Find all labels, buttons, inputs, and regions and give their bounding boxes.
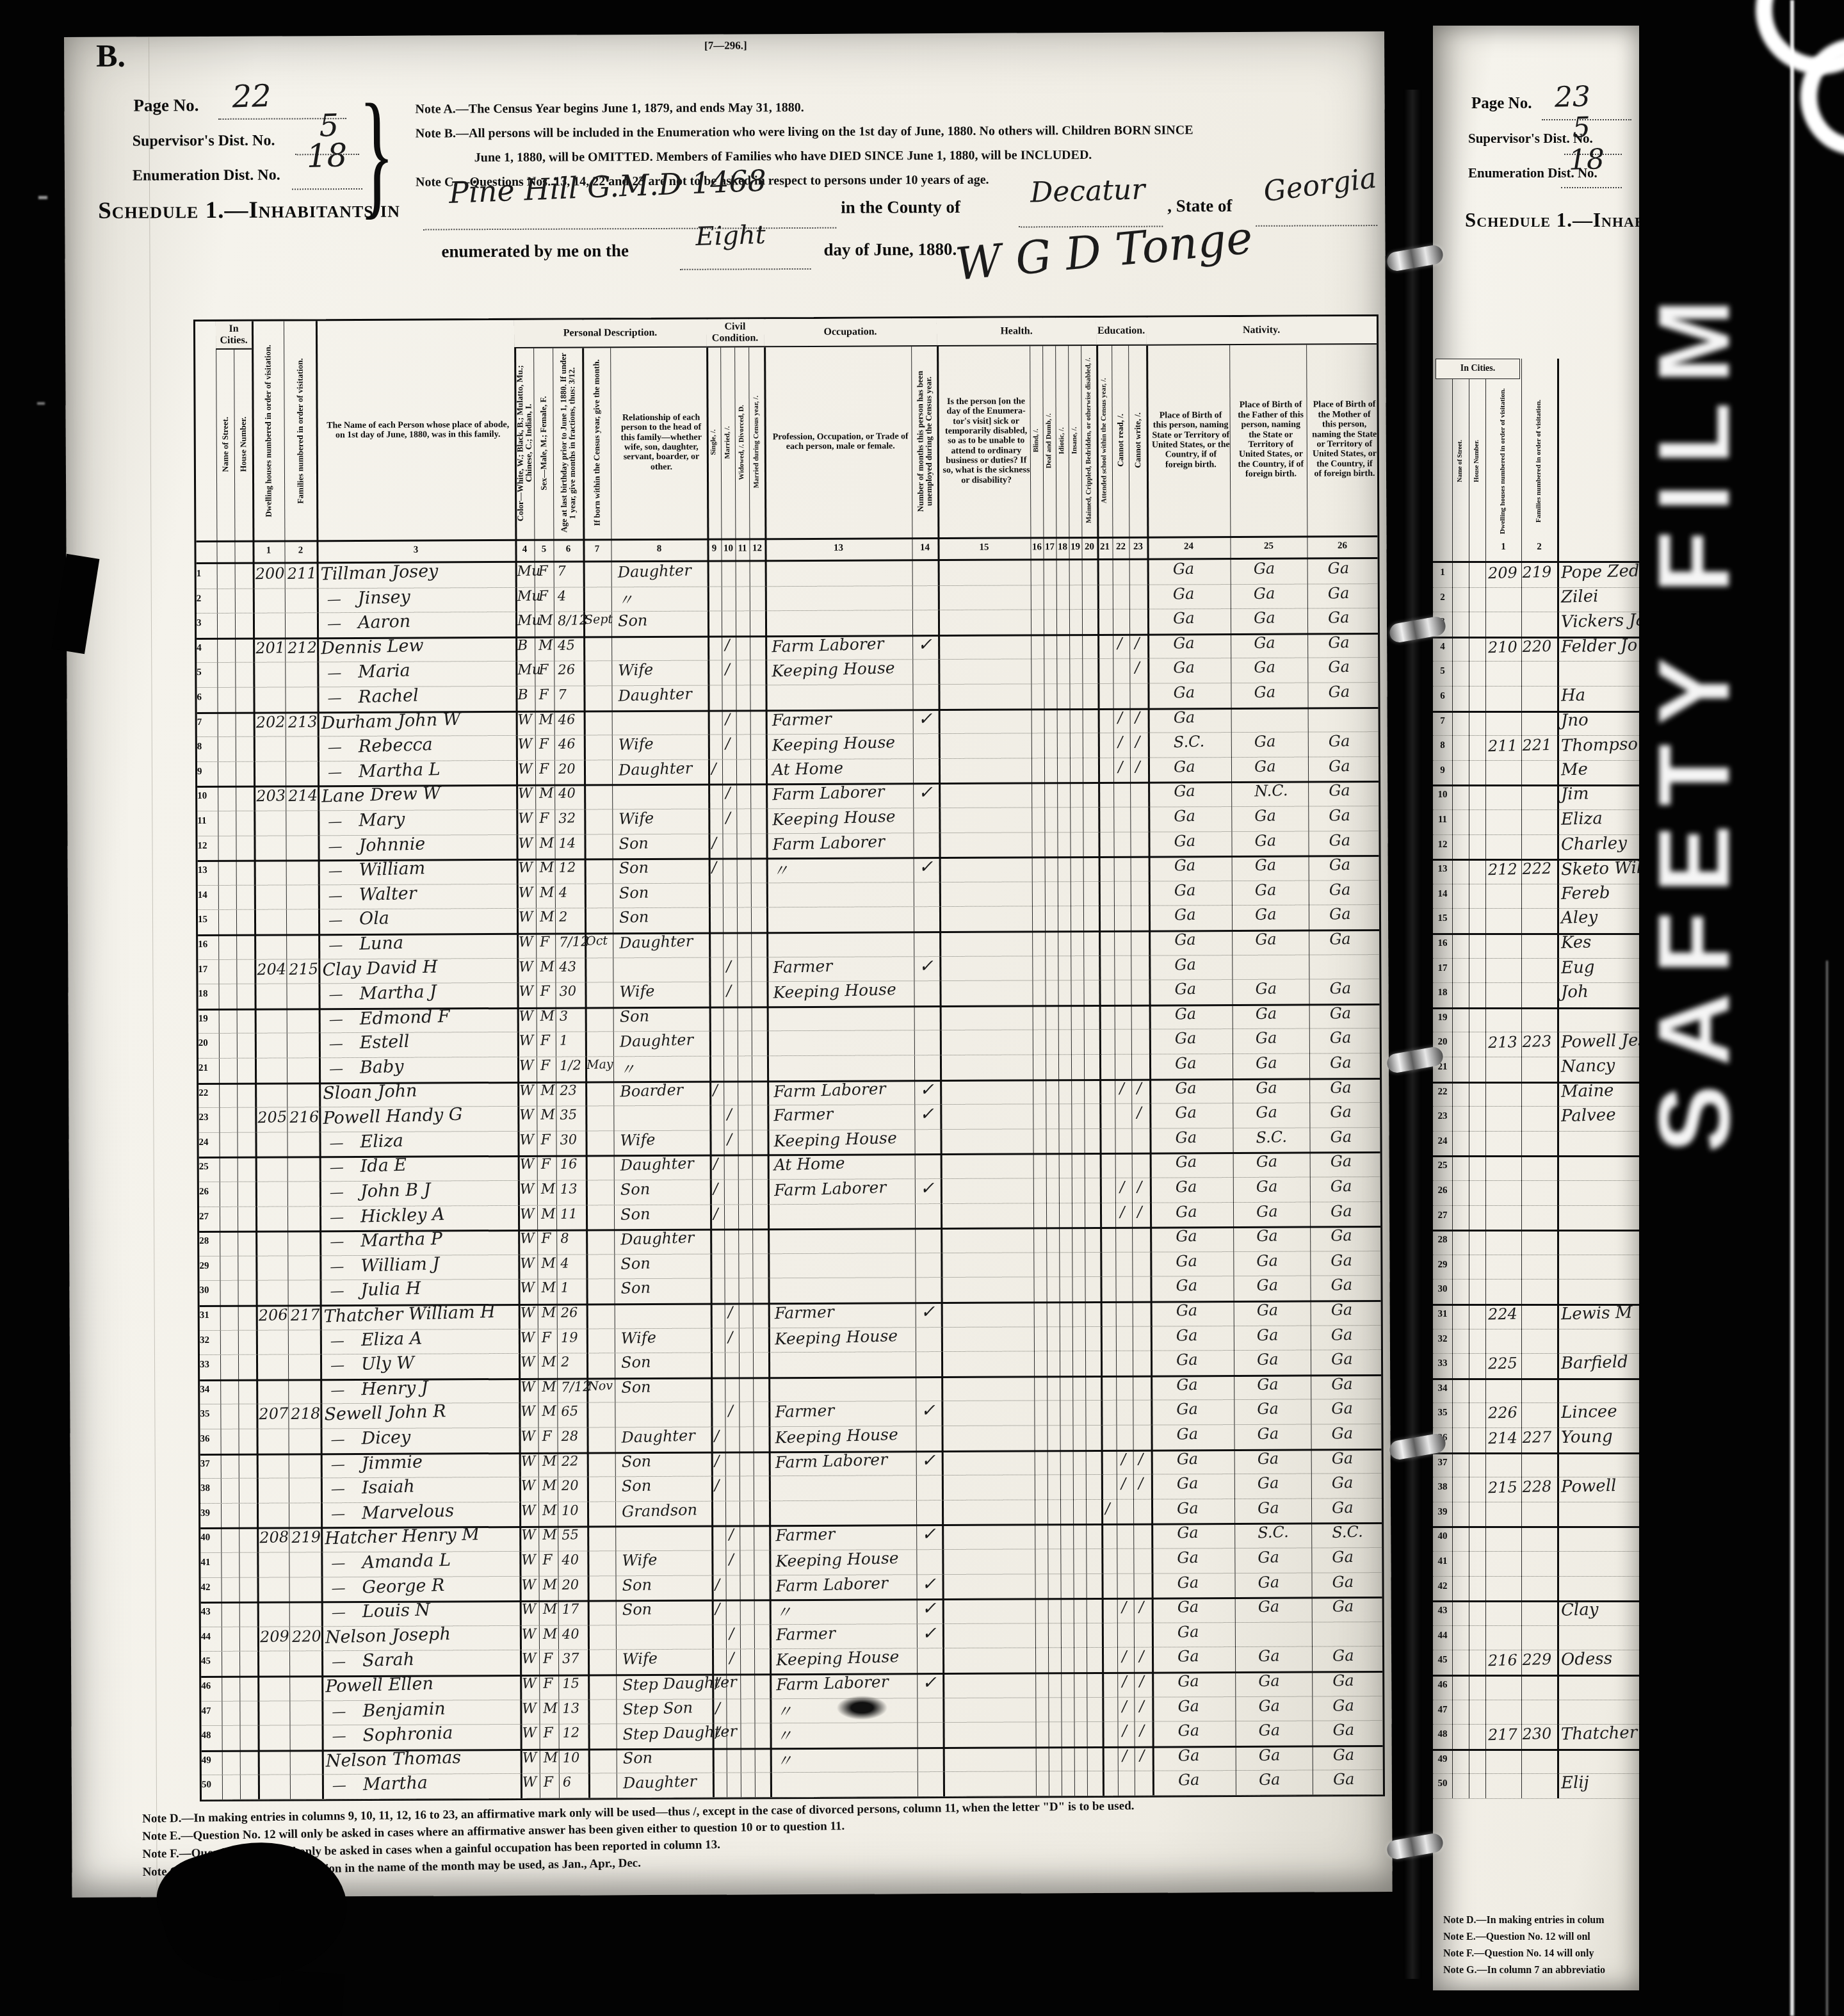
right-row-line	[1433, 784, 1639, 786]
right-row-line	[1433, 1230, 1639, 1232]
right-footnote-e: Note E.—Question No. 12 will onl	[1443, 1931, 1590, 1943]
mother-birthplace-value: Ga	[1330, 1251, 1352, 1270]
relationship-value: Son	[621, 1353, 651, 1372]
age-value: 7	[557, 563, 566, 578]
relationship-value: Wife	[618, 735, 654, 754]
age-value: 1/2	[560, 1057, 581, 1073]
right-name-fragment: Jim	[1561, 784, 1589, 804]
sex-value: M	[542, 1453, 556, 1470]
age-value: 13	[560, 1181, 578, 1197]
father-birthplace-value: Ga	[1255, 980, 1277, 998]
married-mark: /	[729, 1551, 734, 1568]
birthplace-value: Ga	[1177, 1721, 1199, 1740]
sex-value: M	[540, 1082, 555, 1099]
mother-birthplace-value: Ga	[1332, 1696, 1354, 1714]
cannot-read-mark: /	[1122, 1673, 1127, 1690]
line-number: 33	[200, 1360, 209, 1370]
father-birthplace-value: Ga	[1253, 559, 1275, 578]
dwelling-number: 205	[257, 1108, 287, 1126]
person-name: Uly W	[361, 1353, 415, 1374]
age-value: 28	[561, 1428, 578, 1444]
color-value: W	[519, 1008, 533, 1025]
right-row-line	[1433, 1502, 1639, 1502]
father-birthplace-value: Ga	[1258, 1771, 1280, 1789]
right-name-fragment: Aley	[1561, 908, 1598, 928]
col-label-c10: Married, /.	[720, 350, 735, 534]
mother-birthplace-value: Ga	[1329, 757, 1350, 776]
column-line	[216, 321, 223, 1800]
person-name: Tillman Josey	[320, 561, 439, 584]
single-mark: /	[715, 1601, 720, 1618]
age-value: 3	[559, 1008, 568, 1023]
sex-value: M	[540, 909, 554, 926]
color-value: W	[519, 959, 533, 975]
relationship-value: 〃	[620, 1057, 636, 1080]
age-value: 17	[562, 1601, 579, 1617]
single-mark: /	[713, 1082, 718, 1098]
birthplace-value: Ga	[1177, 1746, 1199, 1765]
occupation-value: Farm Laborer	[775, 1573, 888, 1595]
age-value: 20	[562, 1477, 579, 1493]
person-name: Dicey	[361, 1427, 411, 1449]
mother-birthplace-value: Ga	[1332, 1499, 1354, 1517]
relationship-value: Wife	[619, 982, 655, 1002]
line-number: 39	[200, 1508, 210, 1519]
ditto-dash: —	[330, 1333, 345, 1349]
line-number: 21	[198, 1063, 208, 1074]
family-number: 220	[292, 1627, 322, 1646]
father-birthplace-value: Ga	[1256, 1202, 1278, 1221]
age-value: 55	[562, 1527, 579, 1543]
color-value: Mu	[517, 613, 541, 630]
ditto-dash: —	[328, 888, 343, 905]
mother-birthplace-value: Ga	[1329, 930, 1351, 948]
married-mark: /	[727, 1304, 732, 1321]
ditto-dash: —	[331, 1556, 346, 1572]
birthplace-value: Ga	[1175, 1178, 1197, 1196]
sex-value: F	[540, 1157, 551, 1173]
sex-value: F	[542, 1329, 552, 1345]
sex-value: M	[538, 711, 553, 728]
right-row-line	[1433, 587, 1639, 588]
film-speck-2	[37, 402, 45, 405]
occupation-value: Farmer	[772, 709, 832, 729]
county-value: Decatur	[1030, 173, 1145, 209]
age-value: 4	[560, 1255, 569, 1271]
line-number: 17	[198, 964, 207, 975]
right-dwelling-family: 216 229	[1488, 1650, 1552, 1670]
relationship-value: Wife	[619, 809, 654, 828]
line-number: 49	[202, 1755, 211, 1766]
line-number: 35	[200, 1409, 209, 1420]
father-birthplace-value: Ga	[1254, 806, 1276, 825]
col-label-c24: Place of Birth of this person, naming St…	[1149, 344, 1233, 537]
person-name: Estell	[359, 1032, 410, 1053]
cannot-write-mark: /	[1139, 1723, 1144, 1739]
age-value: 30	[559, 983, 576, 999]
sex-value: F	[540, 1058, 551, 1074]
sex-value: M	[543, 1700, 558, 1717]
person-name: Powell Handy G	[323, 1105, 463, 1128]
color-value: W	[519, 1033, 533, 1050]
right-line-number: 35	[1433, 1408, 1452, 1419]
ditto-dash: —	[331, 1481, 346, 1498]
married-mark: /	[727, 1329, 732, 1345]
place-value: Pine Hill G.M.D 1468	[448, 163, 767, 210]
occupation-check: ✓	[919, 955, 934, 976]
relationship-value: Wife	[622, 1650, 658, 1669]
color-value: W	[520, 1305, 535, 1322]
birth-month-value: Oct	[586, 934, 608, 948]
father-birthplace-value: Ga	[1257, 1449, 1279, 1468]
line-number: 42	[201, 1582, 211, 1593]
right-line-number: 44	[1433, 1630, 1452, 1641]
person-name: Mary	[359, 809, 405, 831]
right-line-number: 37	[1433, 1458, 1452, 1468]
married-mark: /	[725, 662, 730, 678]
occupation-check: ✓	[921, 1573, 937, 1594]
right-line-number: 12	[1433, 840, 1452, 850]
relationship-value: Son	[619, 834, 649, 852]
mother-birthplace-value: Ga	[1328, 732, 1350, 751]
sex-value: M	[541, 1206, 556, 1223]
relationship-value: Daughter	[619, 932, 693, 952]
right-line-number: 42	[1433, 1581, 1452, 1592]
right-line-number: 29	[1433, 1260, 1452, 1271]
mother-birthplace-value: Ga	[1332, 1671, 1354, 1690]
mother-birthplace-value: Ga	[1329, 881, 1350, 899]
right-line-number: 2	[1433, 592, 1452, 603]
column-line	[1112, 318, 1119, 1796]
right-line-number: 6	[1433, 691, 1452, 702]
person-name: Aaron	[358, 612, 411, 633]
person-name: Ida E	[360, 1155, 407, 1176]
single-mark: /	[715, 1725, 720, 1741]
color-value: W	[521, 1329, 535, 1346]
occupation-value: Farmer	[773, 956, 833, 977]
cannot-read-mark: /	[1122, 1723, 1127, 1739]
father-birthplace-value: Ga	[1254, 856, 1276, 875]
right-row-line	[1433, 1452, 1639, 1454]
right-col-num-1: 1	[1485, 542, 1521, 553]
age-value: 1	[560, 1280, 569, 1296]
relationship-value: 〃	[617, 587, 633, 610]
sex-value: F	[539, 761, 549, 777]
married-mark: /	[725, 637, 730, 653]
occupation-value: Farm Laborer	[772, 634, 884, 656]
occupation-value: 〃	[776, 1698, 793, 1722]
right-line-number: 31	[1433, 1309, 1452, 1320]
ditto-dash: —	[329, 1036, 344, 1053]
col-label-c11: Widowed, /. Divorced, D.	[734, 350, 749, 534]
line-number: 45	[201, 1656, 211, 1667]
occupation-value: 〃	[776, 1748, 793, 1772]
age-value: 43	[559, 959, 576, 975]
right-line-number: 4	[1433, 642, 1452, 653]
color-value: W	[521, 1602, 536, 1618]
age-value: 12	[558, 859, 576, 875]
col-label-c18: Idiotic, /.	[1055, 348, 1069, 533]
mother-birthplace-value: Ga	[1327, 583, 1349, 602]
single-mark: /	[715, 1700, 720, 1716]
right-line-number: 26	[1433, 1185, 1452, 1196]
dwelling-number: 203	[256, 786, 286, 805]
father-birthplace-value: Ga	[1254, 633, 1275, 652]
color-value: W	[520, 1182, 535, 1198]
mother-birthplace-value: Ga	[1330, 1152, 1352, 1171]
right-dwelling-family: 215 228	[1488, 1477, 1552, 1497]
line-number: 43	[201, 1607, 211, 1618]
father-birthplace-value: Ga	[1254, 683, 1275, 701]
occupation-value: Keeping House	[776, 1647, 900, 1670]
column-line	[937, 318, 945, 1796]
sex-value: F	[538, 588, 548, 604]
form-number: [7—296.]	[704, 39, 747, 52]
sex-value: M	[540, 1008, 554, 1025]
relationship-value: Daughter	[620, 1155, 694, 1175]
page-no-value: 22	[232, 78, 272, 115]
cannot-write-mark: /	[1135, 758, 1140, 775]
age-value: 20	[562, 1577, 579, 1593]
birthplace-value: Ga	[1177, 1524, 1199, 1542]
col-number-c25: 25	[1230, 541, 1307, 553]
sex-value: F	[540, 984, 550, 1000]
mother-birthplace-value: Ga	[1332, 1721, 1354, 1739]
ditto-dash: —	[329, 1160, 344, 1176]
sex-value: M	[538, 613, 553, 630]
right-line-number: 32	[1433, 1334, 1452, 1345]
ditto-dash: —	[328, 838, 343, 855]
right-line-number: 7	[1433, 716, 1452, 727]
relationship-value: Son	[622, 1600, 652, 1619]
cannot-read-mark: /	[1120, 1451, 1126, 1467]
birthplace-value: Ga	[1175, 1103, 1197, 1122]
right-line-number: 17	[1433, 963, 1452, 974]
enumeration-value: 18	[306, 136, 348, 175]
right-line-number: 19	[1433, 1012, 1452, 1023]
right-dwelling-family: 212 222	[1488, 859, 1552, 879]
color-value: W	[519, 1132, 534, 1148]
mother-birthplace-value: Ga	[1327, 559, 1349, 578]
occupation-value: Keeping House	[774, 1326, 898, 1349]
age-value: 14	[558, 835, 576, 851]
line-number: 10	[197, 791, 207, 802]
binder-rod	[1403, 90, 1421, 1979]
right-line-number: 43	[1433, 1605, 1452, 1616]
col-label-c13: Profession, Occupation, or Trade of each…	[766, 345, 914, 538]
married-mark: /	[729, 1527, 734, 1543]
right-name-fragment: Fereb	[1561, 883, 1610, 904]
age-value: 15	[562, 1675, 579, 1691]
age-value: 1	[560, 1033, 569, 1048]
cannot-write-mark: /	[1135, 635, 1140, 651]
line-number: 12	[197, 841, 207, 852]
single-mark: /	[713, 1180, 718, 1197]
right-row-line	[1433, 1180, 1639, 1181]
cannot-read-mark: /	[1119, 1179, 1124, 1196]
line-number: 1	[197, 569, 202, 580]
col-number-c15: 15	[937, 542, 1030, 553]
mother-birthplace-value: Ga	[1332, 1746, 1354, 1764]
right-row-line	[1433, 1600, 1639, 1602]
married-mark: /	[726, 958, 731, 975]
single-mark: /	[711, 859, 716, 876]
sex-value: M	[539, 835, 554, 852]
color-value: W	[521, 1379, 535, 1395]
relationship-value: Daughter	[621, 1426, 695, 1446]
right-line-number: 39	[1433, 1507, 1452, 1518]
single-mark: /	[711, 760, 716, 777]
right-row-line	[1433, 958, 1639, 959]
sex-value: F	[538, 662, 549, 678]
person-name: Benjamin	[362, 1698, 446, 1721]
safety-film-text: SAFETY FILM	[1637, 51, 1784, 1153]
right-name-fragment: Eliza	[1561, 809, 1603, 829]
right-house-label: House Number.	[1469, 384, 1485, 538]
enumeration-rule	[292, 188, 362, 190]
father-birthplace-value: Ga	[1256, 1177, 1277, 1196]
right-row-line	[1433, 809, 1639, 810]
col-number-c12: 12	[749, 543, 764, 554]
age-value: 46	[558, 736, 575, 752]
day-rule	[680, 268, 811, 270]
line-number: 9	[197, 767, 202, 777]
right-row-line	[1433, 1773, 1639, 1774]
age-value: 7/12	[559, 934, 590, 950]
census-table: In Cities.Personal Description.Civil Con…	[193, 314, 1385, 1801]
relationship-value: Daughter	[620, 1229, 695, 1249]
col-number-c8: 8	[611, 544, 707, 555]
ditto-dash: —	[330, 1185, 344, 1201]
right-line-number: 9	[1433, 765, 1452, 776]
person-name: John B J	[360, 1180, 431, 1201]
age-value: 16	[560, 1157, 577, 1173]
age-value: 65	[561, 1404, 578, 1420]
right-line-number: 40	[1433, 1531, 1452, 1542]
dwelling-number: 206	[258, 1306, 288, 1324]
column-line	[1081, 318, 1088, 1796]
mother-birthplace-value: Ga	[1331, 1399, 1353, 1418]
relationship-value: Son	[621, 1452, 651, 1470]
right-name-fragment: Young	[1561, 1427, 1613, 1447]
enumeration-label: Enumeration Dist. No.	[133, 167, 280, 185]
birth-month-value: Sept	[585, 612, 613, 627]
father-birthplace-value: Ga	[1254, 757, 1276, 776]
occupation-check: ✓	[918, 857, 934, 877]
person-name: Martha	[362, 1773, 428, 1795]
mother-birthplace-value: Ga	[1332, 1770, 1354, 1789]
line-number: 16	[198, 939, 207, 950]
birthplace-value: Ga	[1176, 1449, 1198, 1468]
ditto-dash: —	[328, 765, 343, 781]
person-name: Isaiah	[361, 1477, 415, 1498]
line-number: 2	[197, 594, 202, 605]
person-name: William	[359, 858, 425, 880]
sex-value: M	[542, 1354, 556, 1371]
occupation-value: Keeping House	[773, 980, 896, 1002]
sex-value: M	[539, 884, 554, 901]
right-row-line	[1433, 908, 1639, 909]
person-name: William J	[360, 1254, 440, 1276]
col-number-c16: 16	[1030, 542, 1043, 553]
color-value: W	[522, 1775, 537, 1791]
right-line-number: 28	[1433, 1235, 1452, 1246]
col-number-c3: 3	[316, 544, 515, 556]
ditto-dash: —	[330, 1456, 345, 1473]
right-name-fragment: Clay	[1561, 1600, 1599, 1620]
mother-birthplace-value: Ga	[1329, 1028, 1351, 1047]
father-birthplace-value: Ga	[1257, 1375, 1279, 1394]
father-birthplace-value: Ga	[1254, 658, 1275, 677]
sex-value: F	[543, 1676, 553, 1692]
col-number-c11: 11	[735, 543, 749, 554]
person-name: Edmond F	[359, 1006, 450, 1028]
col-label-c14: Number of months this person has been un…	[911, 349, 937, 533]
note-a: Note A.—The Census Year begins June 1, 1…	[415, 101, 804, 117]
father-birthplace-value: Ga	[1258, 1548, 1279, 1566]
right-row-line	[1433, 1675, 1639, 1677]
single-mark: /	[715, 1675, 720, 1691]
right-name-fragment: Lincee	[1561, 1402, 1617, 1422]
sex-value: F	[541, 1231, 551, 1247]
birthplace-value: Ga	[1176, 1474, 1198, 1493]
right-line-number: 50	[1433, 1778, 1452, 1789]
line-number: 50	[202, 1780, 211, 1791]
birthplace-value: Ga	[1173, 683, 1195, 702]
right-name-fragment: Thatcher	[1561, 1723, 1638, 1744]
married-mark: /	[728, 1403, 733, 1420]
line-number: 18	[198, 989, 207, 1000]
right-line-number: 13	[1433, 864, 1452, 875]
column-line	[764, 319, 772, 1797]
relationship-value: Son	[621, 1378, 651, 1396]
father-birthplace-value: Ga	[1258, 1647, 1280, 1666]
group-label-occ: Occupation.	[764, 318, 937, 346]
birthplace-value: Ga	[1177, 1573, 1199, 1591]
line-number: 38	[200, 1483, 210, 1494]
father-birthplace-value: S.C.	[1256, 1128, 1287, 1146]
right-name-fragment: Zilei	[1561, 587, 1599, 606]
col-label-c1: Dwelling houses numbered in order of vis…	[252, 325, 284, 537]
occupation-value: Farm Laborer	[772, 783, 885, 804]
color-value: W	[522, 1700, 537, 1717]
sex-value: M	[541, 1305, 556, 1321]
right-name-fragment: Kes	[1561, 932, 1592, 952]
mother-birthplace-value: Ga	[1330, 1078, 1352, 1096]
color-value: W	[522, 1651, 537, 1668]
column-line	[1096, 318, 1104, 1796]
sex-value: M	[543, 1626, 558, 1643]
ditto-dash: —	[328, 863, 343, 880]
sex-value: F	[542, 1552, 553, 1568]
age-value: 4	[557, 588, 566, 603]
mother-birthplace-value: Ga	[1329, 1004, 1351, 1023]
line-number: 36	[200, 1434, 210, 1445]
group-label-cc: Civil Condition.	[706, 319, 764, 346]
age-value: 2	[561, 1354, 570, 1370]
person-name: Ola	[359, 909, 390, 929]
birthplace-value: Ga	[1176, 1301, 1197, 1320]
person-name: Baby	[360, 1057, 404, 1078]
person-name: Sloan John	[323, 1080, 417, 1103]
census-page-23: Page No. 23 Supervisor's Dist. No. 5 Enu…	[1433, 26, 1639, 1990]
color-value: W	[520, 1206, 535, 1223]
right-row-line	[1433, 1625, 1639, 1626]
right-name-fragment: Felder Jo	[1561, 635, 1638, 656]
column-line	[720, 320, 727, 1798]
place-rule	[423, 227, 836, 231]
married-mark: /	[729, 1650, 734, 1667]
